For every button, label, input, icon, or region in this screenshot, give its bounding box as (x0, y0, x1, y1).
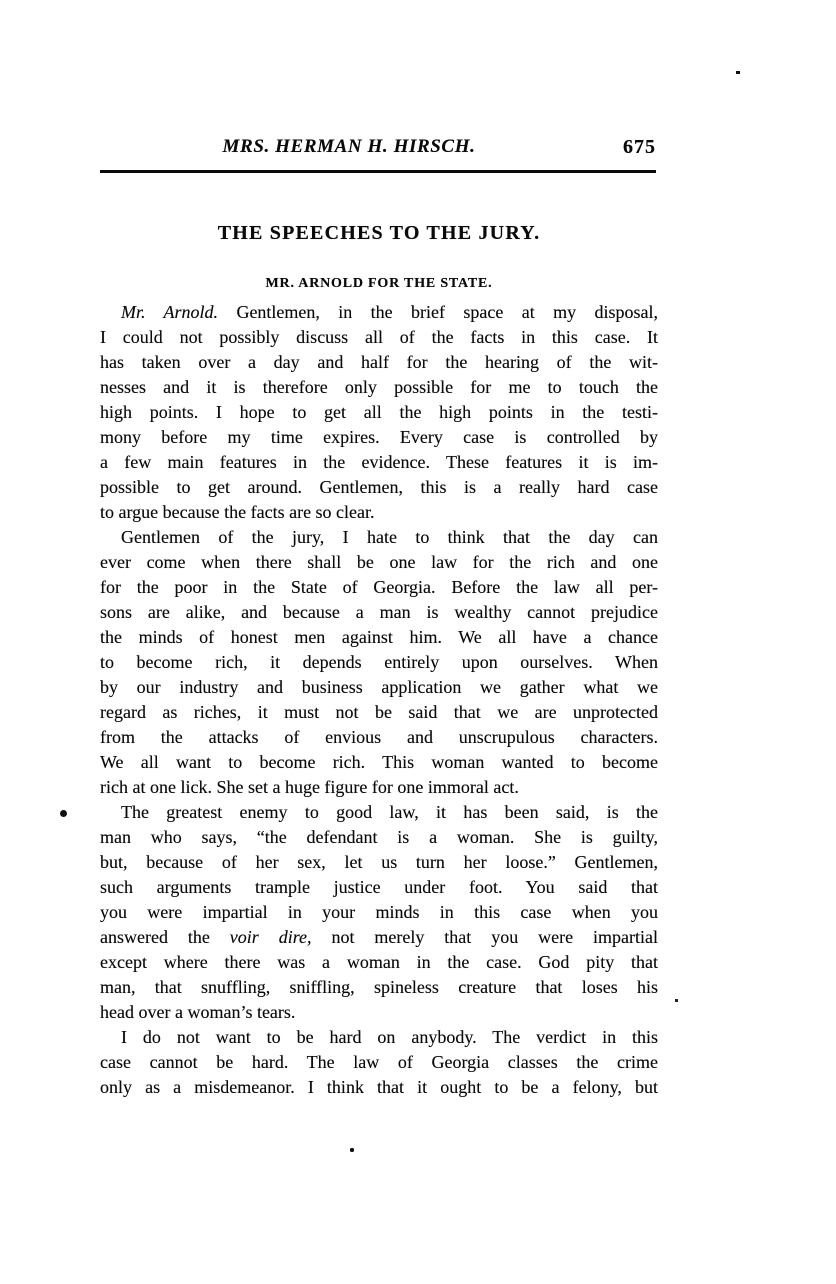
text-line: to argue because the facts are so clear. (100, 500, 658, 525)
margin-dot (60, 810, 67, 817)
text-line: I could not possibly discuss all of the … (100, 325, 658, 350)
text-line: from the attacks of envious and unscrupu… (100, 725, 658, 750)
text-line: We all want to become rich. This woman w… (100, 750, 658, 775)
text-line: regard as riches, it must not be said th… (100, 700, 658, 725)
text-line: a few main features in the evidence. The… (100, 450, 658, 475)
text-line: man who says, “the defendant is a woman.… (100, 825, 658, 850)
text-line: for the poor in the State of Georgia. Be… (100, 575, 658, 600)
paragraph: Gentlemen of the jury, I hate to think t… (100, 525, 658, 800)
text-line: ever come when there shall be one law fo… (100, 550, 658, 575)
book-page: MRS. HERMAN H. HIRSCH. 675 THE SPEECHES … (0, 0, 836, 1284)
text-line: man, that snuffling, sniffling, spineles… (100, 975, 658, 1000)
text-line: except where there was a woman in the ca… (100, 950, 658, 975)
paragraph: The greatest enemy to good law, it has b… (100, 800, 658, 1025)
text-line: to become rich, it depends entirely upon… (100, 650, 658, 675)
ink-speck (675, 999, 678, 1002)
section-heading: THE SPEECHES TO THE JURY. (100, 220, 658, 246)
text-block: MRS. HERMAN H. HIRSCH. 675 THE SPEECHES … (100, 0, 658, 1284)
text-line: you were impartial in your minds in this… (100, 900, 658, 925)
text-line: rich at one lick. She set a huge figure … (100, 775, 658, 800)
text-line: high points. I hope to get all the high … (100, 400, 658, 425)
text-line: such arguments trample justice under foo… (100, 875, 658, 900)
text-line: Mr. Arnold. Gentlemen, in the brief spac… (100, 300, 658, 325)
text-line: answered the voir dire, not merely that … (100, 925, 658, 950)
text-line: has taken over a day and half for the he… (100, 350, 658, 375)
text-line: I do not want to be hard on anybody. The… (100, 1025, 658, 1050)
text-line: The greatest enemy to good law, it has b… (100, 800, 658, 825)
text-line: head over a woman’s tears. (100, 1000, 658, 1025)
paragraph: Mr. Arnold. Gentlemen, in the brief spac… (100, 300, 658, 525)
running-header-title: MRS. HERMAN H. HIRSCH. (100, 134, 598, 160)
ink-speck (736, 71, 740, 74)
text-line: the minds of honest men against him. We … (100, 625, 658, 650)
text-line: possible to get around. Gentlemen, this … (100, 475, 658, 500)
text-line: case cannot be hard. The law of Georgia … (100, 1050, 658, 1075)
running-header: MRS. HERMAN H. HIRSCH. 675 (100, 134, 658, 160)
text-line: only as a misdemeanor. I think that it o… (100, 1075, 658, 1100)
body-text: Mr. Arnold. Gentlemen, in the brief spac… (100, 300, 658, 1100)
text-line: but, because of her sex, let us turn her… (100, 850, 658, 875)
text-line: Gentlemen of the jury, I hate to think t… (100, 525, 658, 550)
paragraph: I do not want to be hard on anybody. The… (100, 1025, 658, 1100)
header-rule (100, 170, 656, 173)
speaker-subheading: MR. ARNOLD FOR THE STATE. (100, 274, 658, 294)
text-line: nesses and it is therefore only possible… (100, 375, 658, 400)
text-line: sons are alike, and because a man is wea… (100, 600, 658, 625)
text-line: by our industry and business application… (100, 675, 658, 700)
page-number: 675 (623, 134, 656, 160)
text-line: mony before my time expires. Every case … (100, 425, 658, 450)
